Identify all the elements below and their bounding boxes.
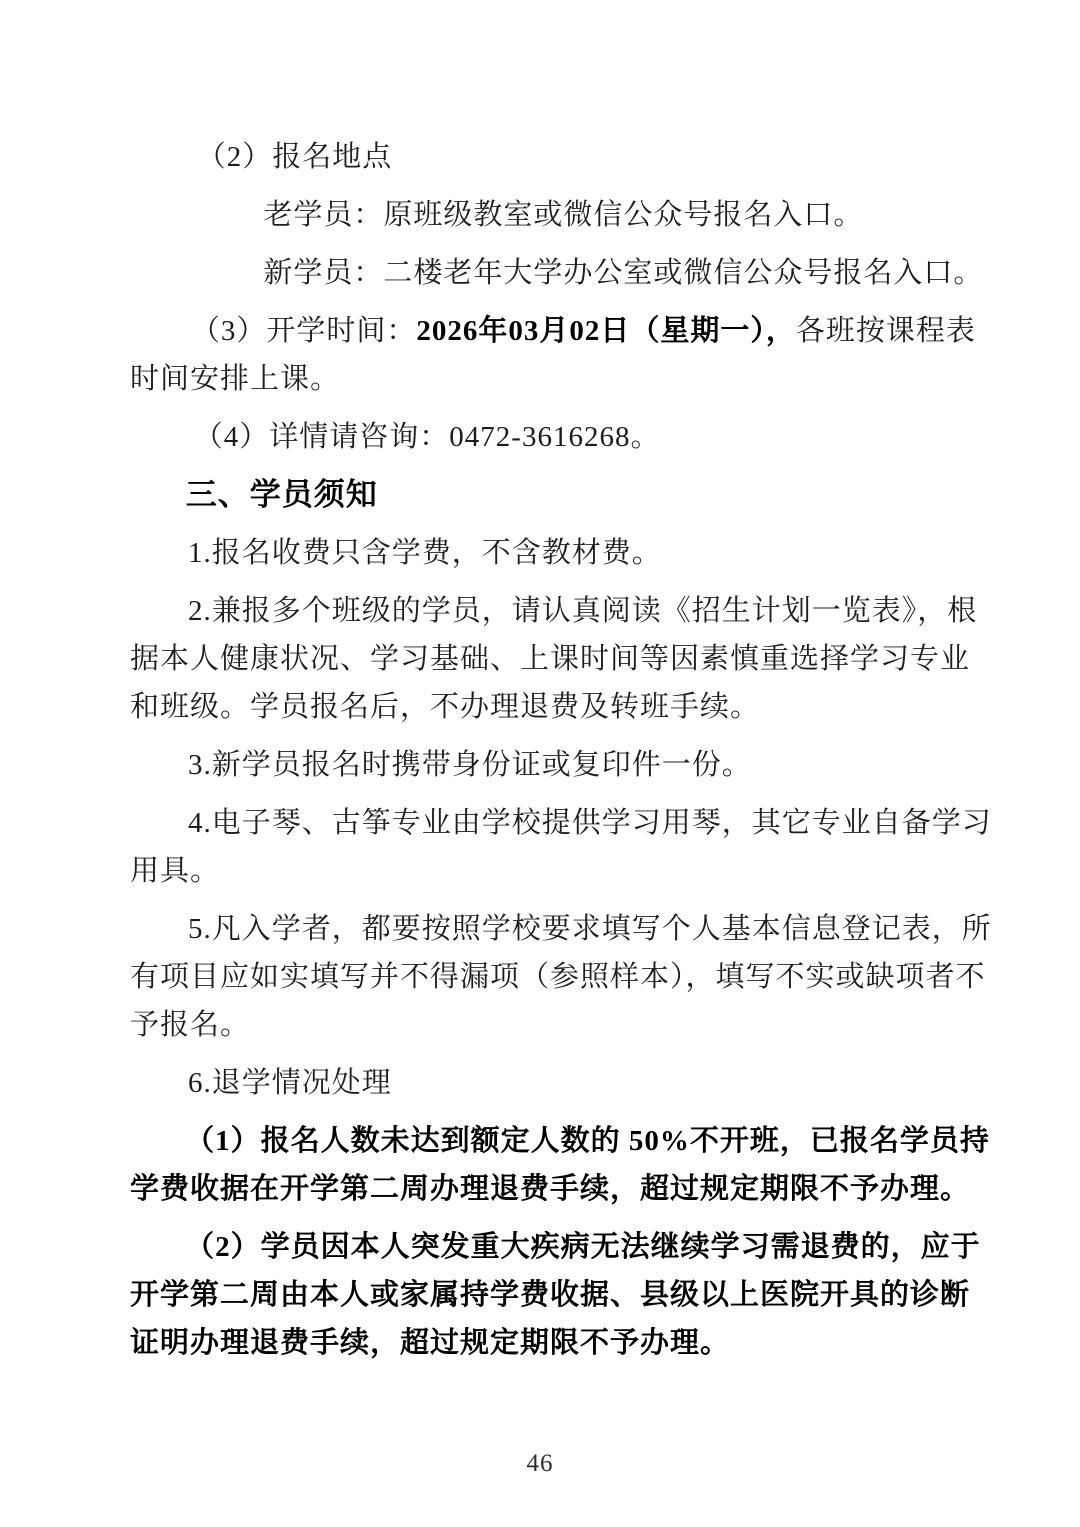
section-heading: 三、学员须知 bbox=[130, 471, 960, 519]
paragraph: （2）报名地点 bbox=[130, 133, 960, 181]
text-segment: 新学员：二楼老年大学办公室或微信公众号报名入口。 bbox=[263, 257, 983, 289]
page-number: 46 bbox=[0, 1450, 1080, 1478]
paragraph: 6.退学情况处理 bbox=[130, 1059, 960, 1107]
text-line: （1）报名人数未达到额定人数的 50%不开班，已报名学员持 bbox=[130, 1117, 960, 1165]
text-line: 开学第二周由本人或家属持学费收据、县级以上医院开具的诊断 bbox=[130, 1271, 960, 1319]
text-segment: 6.退学情况处理 bbox=[188, 1067, 392, 1099]
document-page: （2）报名地点老学员：原班级教室或微信公众号报名入口。新学员：二楼老年大学办公室… bbox=[0, 0, 1080, 1527]
paragraph: 新学员：二楼老年大学办公室或微信公众号报名入口。 bbox=[130, 249, 960, 297]
text-line: 证明办理退费手续，超过规定期限不予办理。 bbox=[130, 1319, 960, 1367]
paragraph: 2.兼报多个班级的学员，请认真阅读《招生计划一览表》，根据本人健康状况、学习基础… bbox=[130, 587, 960, 731]
paragraph: （3）开学时间：2026年03月02日（星期一），各班按课程表时间安排上课。 bbox=[130, 307, 960, 403]
text-line: 老学员：原班级教室或微信公众号报名入口。 bbox=[130, 191, 960, 239]
text-line: 新学员：二楼老年大学办公室或微信公众号报名入口。 bbox=[130, 249, 960, 297]
text-segment: 时间安排上课。 bbox=[130, 363, 340, 395]
text-segment: （2）学员因本人突发重大疾病无法继续学习需退费的，应于 bbox=[185, 1231, 981, 1263]
text-line: 5.凡入学者，都要按照学校要求填写个人基本信息登记表，所 bbox=[130, 905, 960, 953]
paragraph: 3.新学员报名时携带身份证或复印件一份。 bbox=[130, 741, 960, 789]
text-line: 2.兼报多个班级的学员，请认真阅读《招生计划一览表》，根 bbox=[130, 587, 960, 635]
text-segment: （2）报名地点 bbox=[197, 141, 393, 173]
text-segment: （3）开学时间： bbox=[191, 315, 417, 347]
text-segment: 2.兼报多个班级的学员，请认真阅读《招生计划一览表》，根 bbox=[188, 595, 977, 627]
text-line: 6.退学情况处理 bbox=[130, 1059, 960, 1107]
text-segment: 三、学员须知 bbox=[186, 477, 378, 512]
document-body: （2）报名地点老学员：原班级教室或微信公众号报名入口。新学员：二楼老年大学办公室… bbox=[130, 133, 960, 1377]
text-line: 3.新学员报名时携带身份证或复印件一份。 bbox=[130, 741, 960, 789]
paragraph: （2）学员因本人突发重大疾病无法继续学习需退费的，应于开学第二周由本人或家属持学… bbox=[130, 1223, 960, 1367]
paragraph: （1）报名人数未达到额定人数的 50%不开班，已报名学员持学费收据在开学第二周办… bbox=[130, 1117, 960, 1213]
text-line: 4.电子琴、古筝专业由学校提供学习用琴，其它专业自备学习 bbox=[130, 799, 960, 847]
text-line: （2）报名地点 bbox=[130, 133, 960, 181]
text-line: 学费收据在开学第二周办理退费手续，超过规定期限不予办理。 bbox=[130, 1165, 960, 1213]
text-line: （3）开学时间：2026年03月02日（星期一），各班按课程表 bbox=[130, 307, 960, 355]
text-segment: 学费收据在开学第二周办理退费手续，超过规定期限不予办理。 bbox=[130, 1173, 970, 1205]
text-line: 三、学员须知 bbox=[130, 471, 960, 519]
text-segment: 证明办理退费手续，超过规定期限不予办理。 bbox=[130, 1327, 730, 1359]
text-segment: 开学第二周由本人或家属持学费收据、县级以上医院开具的诊断 bbox=[130, 1279, 970, 1311]
text-segment: 4.电子琴、古筝专业由学校提供学习用琴，其它专业自备学习 bbox=[188, 807, 992, 839]
text-segment: 2026年03月02日（星期一）， bbox=[416, 315, 796, 347]
text-segment: （1）报名人数未达到额定人数的 50%不开班，已报名学员持 bbox=[185, 1125, 990, 1157]
text-line: （2）学员因本人突发重大疾病无法继续学习需退费的，应于 bbox=[130, 1223, 960, 1271]
text-line: 和班级。学员报名后，不办理退费及转班手续。 bbox=[130, 683, 960, 731]
text-line: 用具。 bbox=[130, 847, 960, 895]
text-segment: 3.新学员报名时携带身份证或复印件一份。 bbox=[188, 749, 752, 781]
paragraph: 1.报名收费只含学费，不含教材费。 bbox=[130, 529, 960, 577]
text-segment: 有项目应如实填写并不得漏项（参照样本），填写不实或缺项者不 bbox=[130, 961, 986, 993]
text-line: 据本人健康状况、学习基础、上课时间等因素慎重选择学习专业 bbox=[130, 635, 960, 683]
paragraph: 4.电子琴、古筝专业由学校提供学习用琴，其它专业自备学习用具。 bbox=[130, 799, 960, 895]
text-segment: 据本人健康状况、学习基础、上课时间等因素慎重选择学习专业 bbox=[130, 643, 970, 675]
text-segment: 和班级。学员报名后，不办理退费及转班手续。 bbox=[130, 691, 760, 723]
text-segment: 予报名。 bbox=[130, 1009, 250, 1041]
text-line: 1.报名收费只含学费，不含教材费。 bbox=[130, 529, 960, 577]
paragraph: 5.凡入学者，都要按照学校要求填写个人基本信息登记表，所有项目应如实填写并不得漏… bbox=[130, 905, 960, 1049]
text-segment: 老学员：原班级教室或微信公众号报名入口。 bbox=[263, 199, 863, 231]
text-segment: 5.凡入学者，都要按照学校要求填写个人基本信息登记表，所 bbox=[188, 913, 992, 945]
text-segment: （4）详情请咨询：0472-3616268。 bbox=[194, 421, 661, 453]
text-segment: 用具。 bbox=[130, 855, 220, 887]
text-segment: 各班按课程表 bbox=[796, 315, 976, 347]
text-segment: 1.报名收费只含学费，不含教材费。 bbox=[188, 537, 662, 569]
paragraph: （4）详情请咨询：0472-3616268。 bbox=[130, 413, 960, 461]
paragraph: 老学员：原班级教室或微信公众号报名入口。 bbox=[130, 191, 960, 239]
text-line: 有项目应如实填写并不得漏项（参照样本），填写不实或缺项者不 bbox=[130, 953, 960, 1001]
text-line: 时间安排上课。 bbox=[130, 355, 960, 403]
text-line: （4）详情请咨询：0472-3616268。 bbox=[130, 413, 960, 461]
text-line: 予报名。 bbox=[130, 1001, 960, 1049]
